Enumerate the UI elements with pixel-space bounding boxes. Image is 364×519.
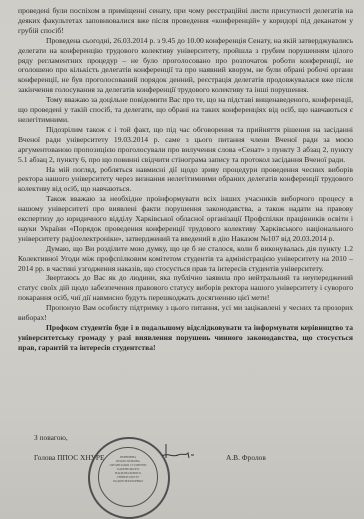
- letter-body: проведені були поспіхом в приміщенні сен…: [18, 6, 353, 353]
- signer-name: А.В. Фролов: [226, 453, 266, 462]
- stamp-text: ПЕРВИННА ПРОФСПІЛКОВА ОРГАНІЗАЦІЯ СТУДЕН…: [108, 455, 148, 499]
- paragraph-8: Пропоную Вам особисту підтримку з цього …: [18, 303, 353, 323]
- paragraph-0: проведені були поспіхом в приміщенні сен…: [18, 6, 353, 36]
- closing-salutation: З повагою,: [34, 433, 68, 442]
- scanned-letter-page: проведені були поспіхом в приміщенні сен…: [0, 0, 364, 519]
- paragraph-3: Підозрілим також є і той факт, що під ча…: [18, 125, 353, 165]
- paragraph-5: Також вважаю за необхідне проінформувати…: [18, 194, 353, 244]
- paragraph-2: Тому вважаю за доцільне повідомити Вас п…: [18, 95, 353, 125]
- paragraph-1: Проведена сьогодні, 26.03.2014 р. з 9.45…: [18, 36, 353, 95]
- paragraph-7: Звертаюсь до Вас як до людини, яка публі…: [18, 273, 353, 303]
- paragraph-6: Думаю, що Ви розділите мою думку, що це …: [18, 244, 353, 274]
- handwritten-signature-icon: [158, 444, 194, 464]
- paragraph-4: На мій погляд, робляться навмисні дії що…: [18, 165, 353, 195]
- paragraph-9: Профком студентів буде і в подальшому ві…: [18, 323, 353, 353]
